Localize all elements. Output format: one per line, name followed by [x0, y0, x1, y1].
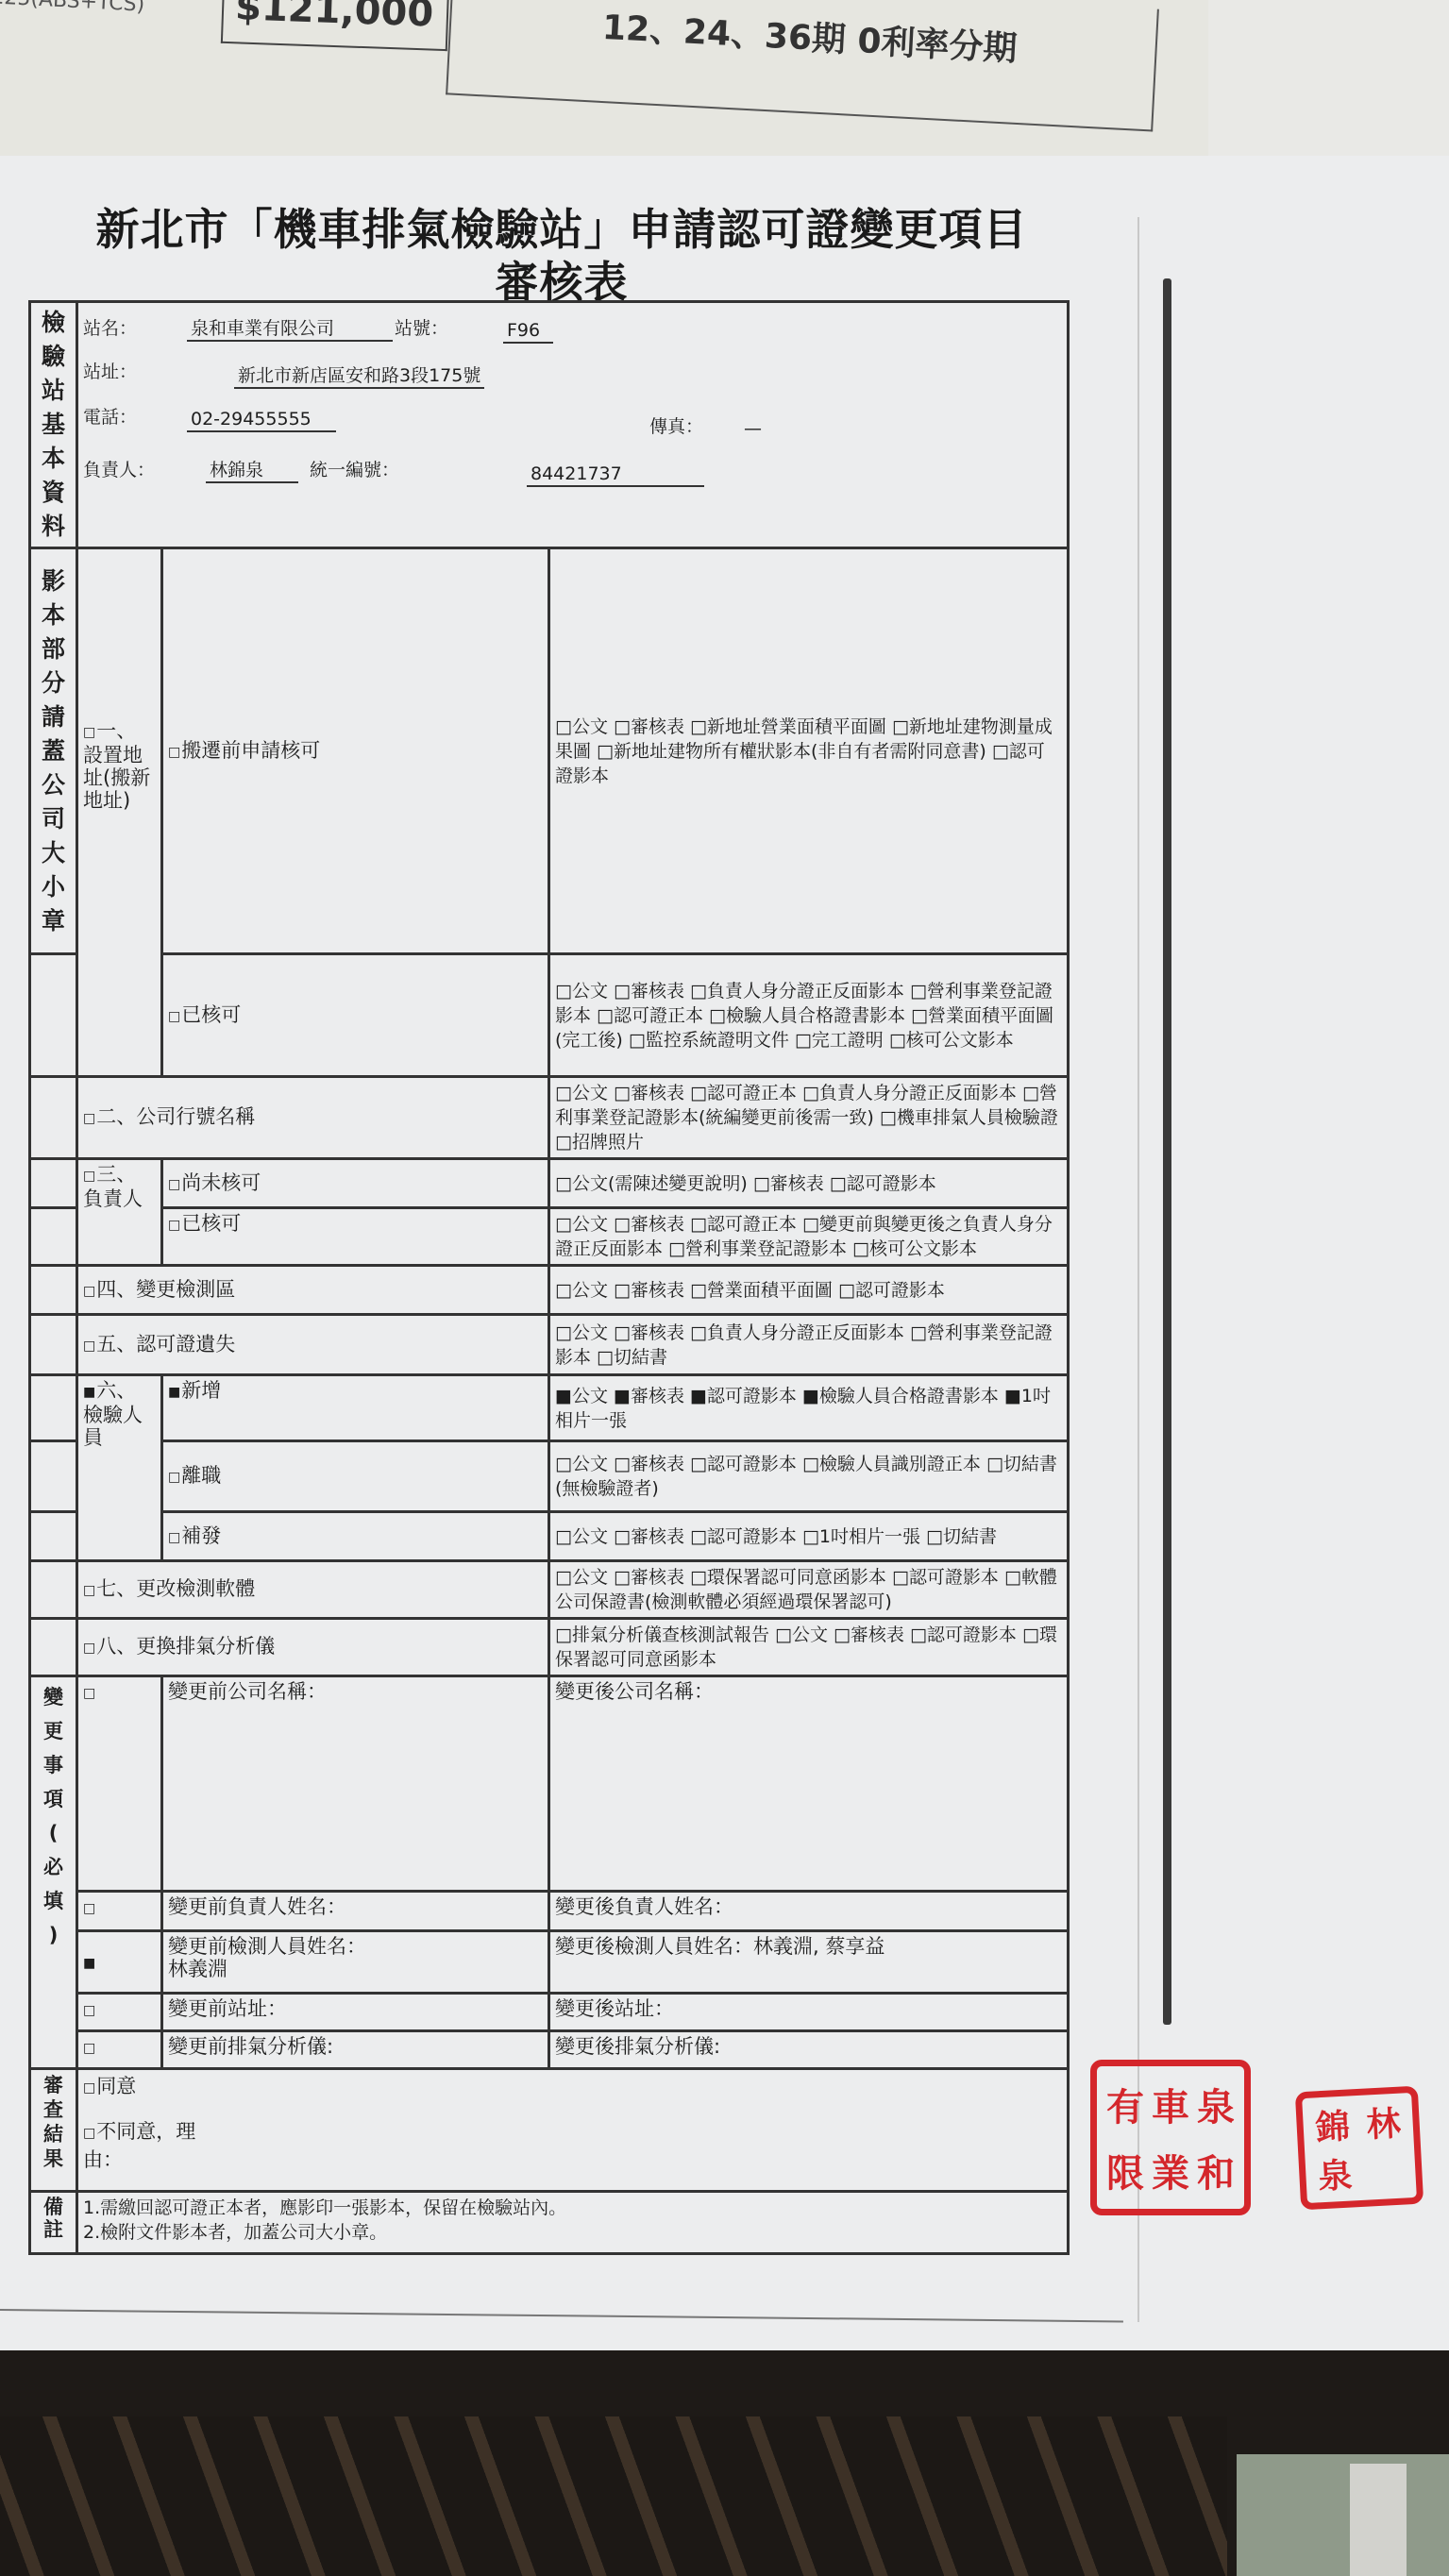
change-2-after-label: 變更後負責人姓名： — [555, 1895, 733, 1918]
vertical-label-char: 蓋 — [36, 734, 71, 768]
item-1-sub-2[interactable]: □已核可 — [162, 954, 549, 1077]
review-agree-label: 同意 — [96, 2075, 136, 2097]
item-3-sub-1-requirements: □公文(需陳述變更說明) □審核表 □認可證影本 — [549, 1159, 1069, 1208]
item-6-sub-2-checkbox[interactable]: □ — [168, 1470, 180, 1485]
station-no-label: 站號： — [395, 317, 448, 340]
vertical-label-char: 請 — [36, 700, 71, 734]
basic-info-block: 站名： 泉和車業有限公司 站號： F96 站址： 新北市新店區安和路3段175號… — [77, 302, 1069, 548]
station-no-value: F96 — [503, 319, 553, 344]
vertical-label-char: ( — [36, 1816, 71, 1850]
vertical-label-char: 審查 — [36, 2073, 71, 2122]
change-3-after: 變更後檢測人員姓名：林義淵, 蔡享益 — [549, 1931, 1069, 1994]
vertical-label-char: 部 — [36, 632, 71, 666]
item-4-label: 四、變更檢測區 — [96, 1278, 235, 1301]
item-2-label: 二、公司行號名稱 — [96, 1105, 255, 1128]
item-6-sub-1-requirements: ■公文 ■審核表 ■認可證影本 ■檢驗人員合格證書影本 ■1吋相片一張 — [549, 1375, 1069, 1441]
item-3-sub-2-label: 已核可 — [181, 1212, 241, 1235]
review-disagree-checkbox[interactable]: □ — [83, 2126, 95, 2141]
seal-char: 林 — [1365, 2097, 1402, 2147]
vertical-label-char: 本 — [36, 442, 71, 476]
empty-cell — [30, 1266, 77, 1315]
item-6-sub-1-label: 新增 — [181, 1379, 221, 1402]
fax-label: 傳真： — [649, 415, 703, 438]
document-title: 新北市「機車排氣檢驗站」申請認可證變更項目 審核表 — [66, 203, 1057, 309]
change-1-checkbox[interactable]: □ — [83, 1686, 95, 1701]
review-form-table: 檢驗站基本資料 站名： 泉和車業有限公司 站號： F96 站址： 新北市新店區安… — [28, 300, 1070, 2255]
vertical-label-char: 必 — [36, 1850, 71, 1884]
title-line-1: 新北市「機車排氣檢驗站」申請認可證變更項目 — [66, 203, 1057, 256]
item-6-sub-3-requirements: □公文 □審核表 □認可證影本 □1吋相片一張 □切結書 — [549, 1512, 1069, 1561]
seal-char: 車 — [1152, 2078, 1189, 2131]
vertical-label-char: 檢 — [36, 306, 71, 340]
seal-char: 限 — [1106, 2144, 1144, 2197]
vertical-label-char: 章 — [36, 904, 71, 938]
change-5-checkbox[interactable]: □ — [83, 2041, 95, 2056]
note-1: 1.需繳回認可證正本者，應影印一張影本，保留在檢驗站內。 — [83, 2196, 1062, 2220]
item-6-sub-3-checkbox[interactable]: □ — [168, 1530, 180, 1545]
item-3-sub-2[interactable]: □已核可 — [162, 1208, 549, 1266]
item-5-label: 五、認可證遺失 — [96, 1333, 235, 1355]
empty-cell — [30, 1159, 77, 1208]
item-7-checkbox[interactable]: □ — [83, 1583, 95, 1598]
item-1-sub-2-checkbox[interactable]: □ — [168, 1009, 180, 1024]
item-3-checkbox[interactable]: □ — [83, 1169, 95, 1184]
phone-label: 電話： — [83, 406, 137, 429]
item-3-sub-1[interactable]: □尚未核可 — [162, 1159, 549, 1208]
item-6-checkbox[interactable]: ■ — [83, 1385, 95, 1400]
empty-cell — [30, 1375, 77, 1441]
change-4-after: 變更後站址： — [549, 1994, 1069, 2031]
item-6-sub-1[interactable]: ■新增 — [162, 1375, 549, 1441]
change-4-checkbox[interactable]: □ — [83, 2003, 95, 2018]
review-agree-option[interactable]: □同意 — [83, 2073, 1062, 2101]
change-3-after-value: 林義淵, 蔡享益 — [753, 1935, 885, 1958]
item-7-requirements: □公文 □審核表 □環保署認可同意函影本 □認可證影本 □軟體公司保證書(檢測軟… — [549, 1561, 1069, 1619]
vertical-label-char: 更 — [36, 1714, 71, 1748]
vertical-label-char: 料 — [36, 510, 71, 544]
vertical-label-char: 站 — [36, 374, 71, 408]
vertical-label-char: 司 — [36, 802, 71, 836]
change-3-before-value: 林義淵 — [168, 1958, 227, 1980]
empty-cell — [30, 1619, 77, 1676]
item-2-cell[interactable]: □二、公司行號名稱 — [77, 1077, 549, 1159]
poster-price: $121,000 — [221, 0, 449, 51]
owner-label: 負責人： — [83, 459, 155, 481]
seal-char: 有 — [1106, 2078, 1144, 2131]
change-4-before: 變更前站址： — [162, 1994, 549, 2031]
change-3-after-label: 變更後檢測人員姓名： — [555, 1935, 753, 1958]
empty-cell — [30, 954, 77, 1077]
notes-section-label: 備註 — [30, 2192, 77, 2254]
item-8-requirements: □排氣分析儀查核測試報告 □公文 □審核表 □認可證影本 □環保署認可同意函影本 — [549, 1619, 1069, 1676]
vertical-label-char: 驗 — [36, 340, 71, 374]
vertical-label-char: 公 — [36, 768, 71, 802]
change-5-checkbox-cell[interactable]: □ — [77, 2031, 162, 2069]
vertical-label-char: 小 — [36, 870, 71, 904]
empty-cell — [30, 1441, 77, 1512]
background-fabric — [0, 2416, 1227, 2576]
item-6-sub-2[interactable]: □離職 — [162, 1441, 549, 1512]
item-6-cell[interactable]: ■六、檢驗人員 — [77, 1375, 162, 1561]
basic-info-section-label: 檢驗站基本資料 — [30, 302, 77, 548]
poster-model-label: 125(ABS+TCS) — [0, 0, 199, 34]
fax-value: — — [744, 417, 762, 440]
item-1-sub-1-label: 搬遷前申請核可 — [181, 739, 320, 762]
item-1-checkbox[interactable]: □ — [83, 725, 95, 740]
station-name-value: 泉和車業有限公司 — [187, 317, 393, 342]
change-5-after-label: 變更後排氣分析儀: — [555, 2035, 720, 2058]
item-8-cell[interactable]: □八、更換排氣分析儀 — [77, 1619, 549, 1676]
change-1-before: 變更前公司名稱： — [162, 1676, 549, 1892]
item-2-checkbox[interactable]: □ — [83, 1111, 95, 1126]
change-5-after: 變更後排氣分析儀: — [549, 2031, 1069, 2069]
item-3-sub-2-checkbox[interactable]: □ — [168, 1218, 180, 1233]
review-section-label: 審查結果 — [30, 2069, 77, 2192]
personal-seal: 林錦泉 — [1295, 2086, 1424, 2211]
company-seal: 泉和車業有限 — [1090, 2060, 1251, 2215]
phone-value: 02-29455555 — [187, 408, 336, 432]
address-label: 站址： — [83, 361, 137, 383]
change-2-before-label: 變更前負責人姓名： — [168, 1895, 346, 1918]
seal-char: 泉 — [1197, 2078, 1235, 2131]
item-3-sub-1-label: 尚未核可 — [181, 1171, 261, 1194]
change-2-after: 變更後負責人姓名： — [549, 1892, 1069, 1931]
review-disagree-label: 不同意，理由： — [83, 2120, 195, 2171]
note-2: 2.檢附文件影本者，加蓋公司大小章。 — [83, 2220, 1062, 2245]
vertical-label-char: ) — [36, 1918, 71, 1952]
vertical-label-char: 大 — [36, 836, 71, 870]
item-6-sub-3[interactable]: □補發 — [162, 1512, 549, 1561]
vertical-label-char: 結果 — [36, 2122, 71, 2171]
change-2-checkbox[interactable]: □ — [83, 1901, 95, 1916]
vertical-label-char: 填 — [36, 1884, 71, 1918]
item-6-sub-2-label: 離職 — [181, 1464, 221, 1487]
seal-char: 泉 — [1317, 2148, 1354, 2198]
copy-section-label: 影本部分請蓋公司大小章 — [30, 548, 77, 954]
vertical-label-char: 本 — [36, 598, 71, 632]
review-agree-checkbox[interactable]: □ — [83, 2080, 95, 2096]
seal-char: 和 — [1197, 2144, 1235, 2197]
item-1-sub-2-label: 已核可 — [181, 1003, 241, 1026]
item-4-cell[interactable]: □四、變更檢測區 — [77, 1266, 549, 1315]
item-5-requirements: □公文 □審核表 □負責人身分證正反面影本 □營利事業登記證影本 □切結書 — [549, 1315, 1069, 1375]
vertical-label-char: 基 — [36, 408, 71, 442]
item-3-sub-1-checkbox[interactable]: □ — [168, 1177, 180, 1192]
change-3-before-label: 變更前檢測人員姓名： — [168, 1935, 366, 1958]
vertical-label-char: 影 — [36, 564, 71, 598]
notes-cell: 1.需繳回認可證正本者，應影印一張影本，保留在檢驗站內。 2.檢附文件影本者，加… — [77, 2192, 1069, 2254]
item-3-sub-2-requirements: □公文 □審核表 □認可證正本 □變更前與變更後之負責人身分證正反面影本 □營利… — [549, 1208, 1069, 1266]
vertical-label-char: 項 — [36, 1782, 71, 1816]
change-5-before-label: 變更前排氣分析儀: — [168, 2035, 333, 2058]
empty-cell — [30, 1561, 77, 1619]
item-8-label: 八、更換排氣分析儀 — [96, 1635, 275, 1658]
seal-char: 業 — [1152, 2144, 1189, 2197]
item-3-cell[interactable]: □三、負責人 — [77, 1159, 162, 1266]
item-5-checkbox[interactable]: □ — [83, 1339, 95, 1354]
change-4-checkbox-cell[interactable]: □ — [77, 1994, 162, 2031]
change-1-before-label: 變更前公司名稱： — [168, 1680, 327, 1703]
empty-cell — [30, 1315, 77, 1375]
item-4-checkbox[interactable]: □ — [83, 1284, 95, 1299]
review-cell: □同意 □不同意，理由： — [77, 2069, 1069, 2192]
change-2-checkbox-cell[interactable]: □ — [77, 1892, 162, 1931]
address-value: 新北市新店區安和路3段175號 — [234, 364, 484, 389]
vertical-label-char: 分 — [36, 666, 71, 700]
change-2-before: 變更前負責人姓名： — [162, 1892, 549, 1931]
item-1-sub-1-requirements: □公文 □審核表 □新地址營業面積平面圖 □新地址建物測量成果圖 □新地址建物所… — [549, 548, 1069, 954]
change-3-checkbox[interactable]: ■ — [83, 1956, 95, 1971]
item-1-cell[interactable]: □一、設置地址(搬新地址) — [77, 548, 162, 1077]
item-6-sub-1-checkbox[interactable]: ■ — [168, 1385, 180, 1400]
tax-id-value: 84421737 — [527, 463, 704, 487]
item-6-sub-3-label: 補發 — [181, 1524, 221, 1547]
item-2-requirements: □公文 □審核表 □認可證正本 □負責人身分證正反面影本 □營利事業登記證影本(… — [549, 1077, 1069, 1159]
item-1-sub-1-checkbox[interactable]: □ — [168, 745, 180, 760]
background-window-frame — [1350, 2464, 1407, 2576]
empty-cell — [30, 1077, 77, 1159]
item-1-sub-2-requirements: □公文 □審核表 □負責人身分證正反面影本 □營利事業登記證影本 □認可證正本 … — [549, 954, 1069, 1077]
background-window — [1237, 2454, 1449, 2576]
item-7-cell[interactable]: □七、更改檢測軟體 — [77, 1561, 549, 1619]
change-4-before-label: 變更前站址： — [168, 1997, 287, 2020]
background-poster: 125(ABS+TCS) $121,000 12、24、36期 0利率分期 — [0, 0, 1208, 179]
change-1-after: 變更後公司名稱： — [549, 1676, 1069, 1892]
change-4-after-label: 變更後站址： — [555, 1997, 674, 2020]
change-1-checkbox-cell[interactable]: □ — [77, 1676, 162, 1892]
item-5-cell[interactable]: □五、認可證遺失 — [77, 1315, 549, 1375]
paper-edge — [1137, 217, 1139, 2322]
empty-cell — [30, 1512, 77, 1561]
tax-id-label: 統一編號： — [310, 459, 399, 481]
poster-installment: 12、24、36期 0利率分期 — [446, 0, 1159, 132]
change-5-before: 變更前排氣分析儀: — [162, 2031, 549, 2069]
change-3-checkbox-cell[interactable]: ■ — [77, 1931, 162, 1994]
station-name-label: 站名： — [83, 317, 137, 340]
review-disagree-option[interactable]: □不同意，理由： — [83, 2118, 196, 2173]
vertical-label-char: 變 — [36, 1680, 71, 1714]
empty-cell — [30, 1208, 77, 1266]
changes-section-label: 變更事項(必填) — [30, 1676, 77, 2069]
change-3-before: 變更前檢測人員姓名： 林義淵 — [162, 1931, 549, 1994]
vertical-label-char: 事 — [36, 1748, 71, 1782]
item-1-sub-1[interactable]: □搬遷前申請核可 — [162, 548, 549, 954]
item-4-requirements: □公文 □審核表 □營業面積平面圖 □認可證影本 — [549, 1266, 1069, 1315]
owner-value: 林錦泉 — [206, 459, 298, 483]
paper-fold-shadow — [1163, 278, 1171, 2025]
vertical-label-char: 資 — [36, 476, 71, 510]
seal-char: 錦 — [1314, 2100, 1351, 2150]
change-1-after-label: 變更後公司名稱： — [555, 1680, 714, 1703]
item-6-sub-2-requirements: □公文 □審核表 □認可證影本 □檢驗人員識別證正本 □切結書(無檢驗證者) — [549, 1441, 1069, 1512]
item-8-checkbox[interactable]: □ — [83, 1641, 95, 1656]
item-7-label: 七、更改檢測軟體 — [96, 1577, 255, 1600]
